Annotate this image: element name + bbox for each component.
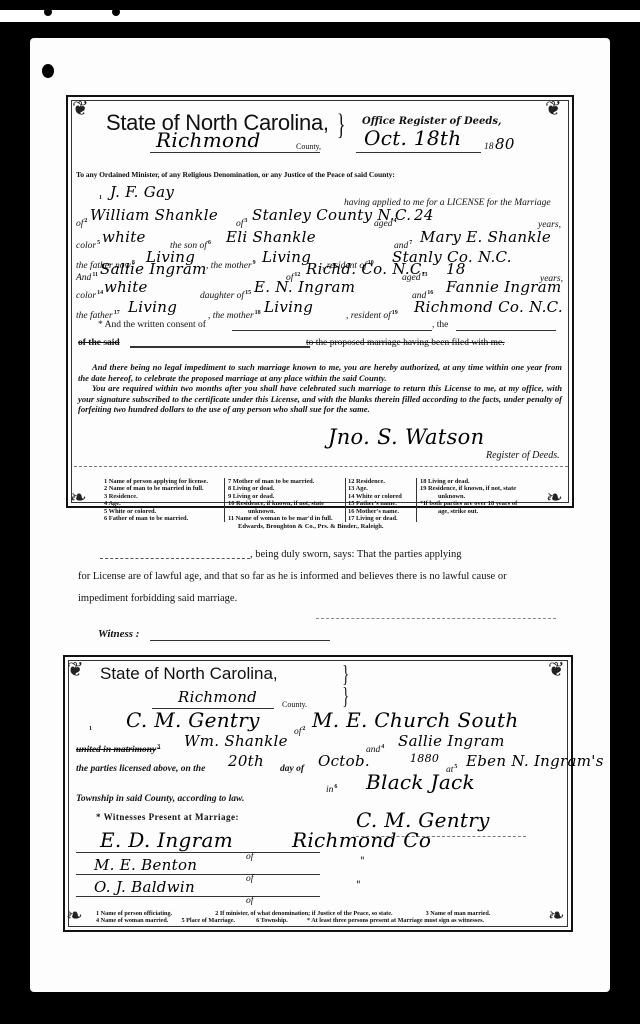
printer-line: Edwards, Broughton & Co., Prs. & Binder.…: [238, 523, 384, 530]
bride-color: white: [104, 278, 148, 296]
corner-ornament-icon: ❧: [546, 488, 563, 508]
parties-label: the parties licensed above, on the: [76, 764, 205, 774]
witness-name: O. J. Baldwin: [94, 878, 195, 896]
bride-father: E. N. Ingram: [254, 278, 355, 296]
denomination: M. E. Church South: [312, 708, 519, 732]
marriage-day: 20th: [228, 752, 264, 770]
officiant-name: C. M. Gentry: [126, 708, 260, 732]
groom-age: 24: [414, 206, 434, 224]
certificate-county-value: Richmond: [178, 688, 257, 706]
license-footnotes-col1: 1 Name of person applying for license.2 …: [104, 478, 208, 522]
witness-line: [150, 640, 330, 641]
bride-mother-status: Living: [264, 298, 313, 316]
consent-line-2-end: to the proposed marriage having been fil…: [306, 338, 505, 348]
year-suffix: 80: [495, 135, 515, 153]
scan-notch: [44, 8, 52, 16]
witness-place: Richmond Co: [292, 828, 431, 852]
field-num: 1: [98, 195, 103, 206]
witness-place: ": [356, 880, 361, 891]
year-prefix: 18: [484, 142, 494, 152]
consent-line-2-start: of the said: [78, 338, 120, 348]
witnesses-label: * Witnesses Present at Marriage:: [96, 812, 239, 822]
date-line: [356, 152, 481, 153]
groom-mother: Mary E. Shankle: [420, 228, 551, 246]
bride-father-status: Living: [128, 298, 177, 316]
license-body-text: And there being no legal impediment to s…: [78, 362, 562, 415]
certificate-state-title: State of North Carolina,: [100, 664, 278, 684]
register-title: Register of Deeds.: [486, 450, 560, 461]
license-footnotes-col3: 12 Residence.13 Age.14 White or colored1…: [348, 478, 402, 522]
brace: }: [337, 108, 346, 142]
register-signature: Jno. S. Watson: [328, 425, 484, 449]
authorization-paragraph: And there being no legal impediment to s…: [78, 362, 562, 383]
bride-parents-residence: Richmond Co. N.C.: [414, 298, 563, 316]
county-value: Richmond: [156, 128, 261, 152]
groom-mother-status: Living: [262, 248, 311, 266]
license-footnotes-col4: 18 Living or dead.19 Residence, if known…: [420, 478, 517, 515]
county-label: County,: [296, 142, 321, 151]
witness-place: ": [360, 856, 365, 867]
corner-ornament-icon: ❧: [66, 906, 83, 926]
marriage-place: Eben N. Ingram's: [466, 752, 604, 770]
bride-mother: Fannie Ingram: [446, 278, 562, 296]
man-married: Wm. Shankle: [184, 732, 288, 750]
scan-top-strip: [0, 10, 640, 22]
certificate-footnotes: 1 Name of person officiating. 2 If minis…: [96, 910, 490, 925]
certificate-county-label: County.: [282, 700, 307, 709]
woman-married: Sallie Ingram: [398, 732, 505, 750]
witness-name: M. E. Benton: [94, 856, 197, 874]
corner-ornament-icon: ❦: [545, 99, 562, 119]
marriage-year: 1880: [410, 752, 439, 765]
corner-ornament-icon: ❦: [72, 99, 89, 119]
groom-color: white: [102, 228, 146, 246]
witness-label: Witness :: [98, 628, 139, 640]
groom-name: William Shankle: [90, 206, 218, 224]
bride-age: 18: [446, 260, 466, 278]
brace: }: [342, 684, 349, 711]
corner-ornament-icon: ❧: [70, 488, 87, 508]
bride-name: Sallie Ingram: [100, 260, 207, 278]
date-value: Oct. 18th: [364, 126, 461, 150]
corner-ornament-icon: ❦: [548, 660, 565, 680]
license-footnotes-col2: 7 Mother of man to be married.8 Living o…: [228, 478, 333, 522]
corner-ornament-icon: ❦: [67, 660, 84, 680]
applicant-name: J. F. Gay: [110, 183, 174, 201]
scan-notch: [112, 8, 120, 16]
county-line: [150, 152, 320, 153]
return-paragraph: You are required within two months after…: [78, 383, 562, 415]
marriage-township: Black Jack: [366, 770, 475, 794]
punch-hole: [42, 64, 54, 78]
witness-name: E. D. Ingram: [100, 828, 233, 852]
township-line: Township in said County, according to la…: [76, 794, 244, 804]
oath-text: , being duly sworn, says: That the parti…: [78, 544, 560, 610]
groom-father: Eli Shankle: [226, 228, 316, 246]
marriage-month: Octob.: [318, 752, 370, 770]
consent-label: * And the written consent of: [98, 320, 206, 330]
corner-ornament-icon: ❧: [548, 906, 565, 926]
of-label: of: [76, 219, 83, 229]
united-label: united in matrimony3: [76, 744, 161, 755]
address-line: To any Ordained Minister, of any Religio…: [76, 170, 395, 179]
